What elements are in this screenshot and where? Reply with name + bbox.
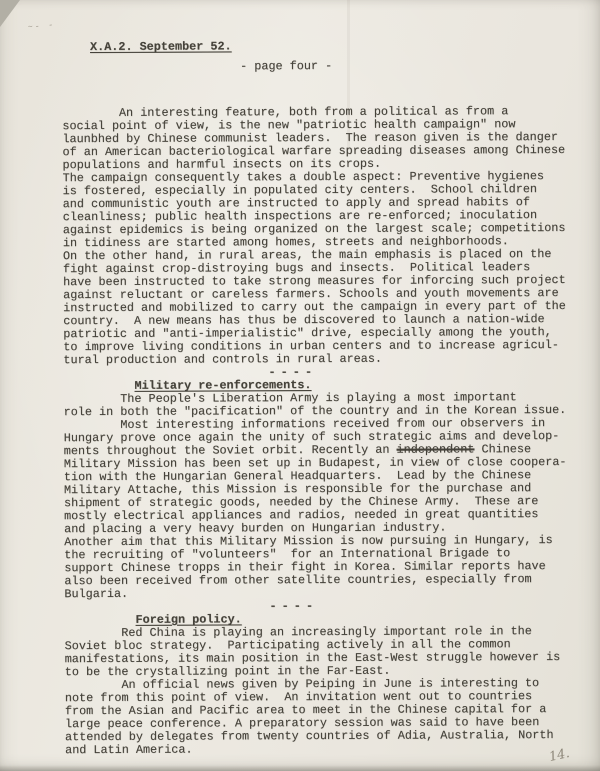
paragraph-text: An official news given by Peiping in Jun… <box>65 676 554 757</box>
paragraph: An interesting feature, both from a poli… <box>62 105 586 172</box>
paragraph: Another aim that this Military Mission i… <box>64 534 588 601</box>
page-bottom-edge <box>0 765 600 771</box>
handwritten-page-number: 14. <box>548 746 571 765</box>
paragraph-text: On the other hand, in rural areas, the m… <box>63 247 566 367</box>
paragraph: The campaign consequently takes a double… <box>63 170 587 250</box>
scanned-page: ~- - X.A.2. September 52. - page four - … <box>0 0 600 771</box>
paragraph-text: Chinese Military Mission has been set up… <box>64 442 567 536</box>
document-body: An interesting feature, both from a poli… <box>62 105 589 757</box>
paragraph: Most interesting informations received f… <box>64 417 589 536</box>
paragraph-text: The campaign consequently takes a double… <box>63 169 566 250</box>
paragraph-text: An interesting feature, both from a poli… <box>62 104 565 172</box>
clipped-corner <box>0 0 20 27</box>
paragraph-text: The People's Liberation Army is playing … <box>64 390 567 419</box>
page-label: - page four - <box>240 59 586 74</box>
pencil-scribble: ~- - <box>28 21 56 32</box>
paragraph: The People's Liberation Army is playing … <box>64 391 588 419</box>
paragraph-text: Red China is playing an increasingly imp… <box>65 624 561 679</box>
paragraph: An official news given by Peiping in Jun… <box>65 677 589 757</box>
document-reference: X.A.2. September 52. <box>90 39 586 54</box>
paragraph-text: Another aim that this Military Mission i… <box>64 533 553 601</box>
paragraph: Red China is playing an increasingly imp… <box>65 625 589 679</box>
paragraph: On the other hand, in rural areas, the m… <box>63 248 588 367</box>
typewritten-document: X.A.2. September 52. - page four - An in… <box>62 39 589 757</box>
